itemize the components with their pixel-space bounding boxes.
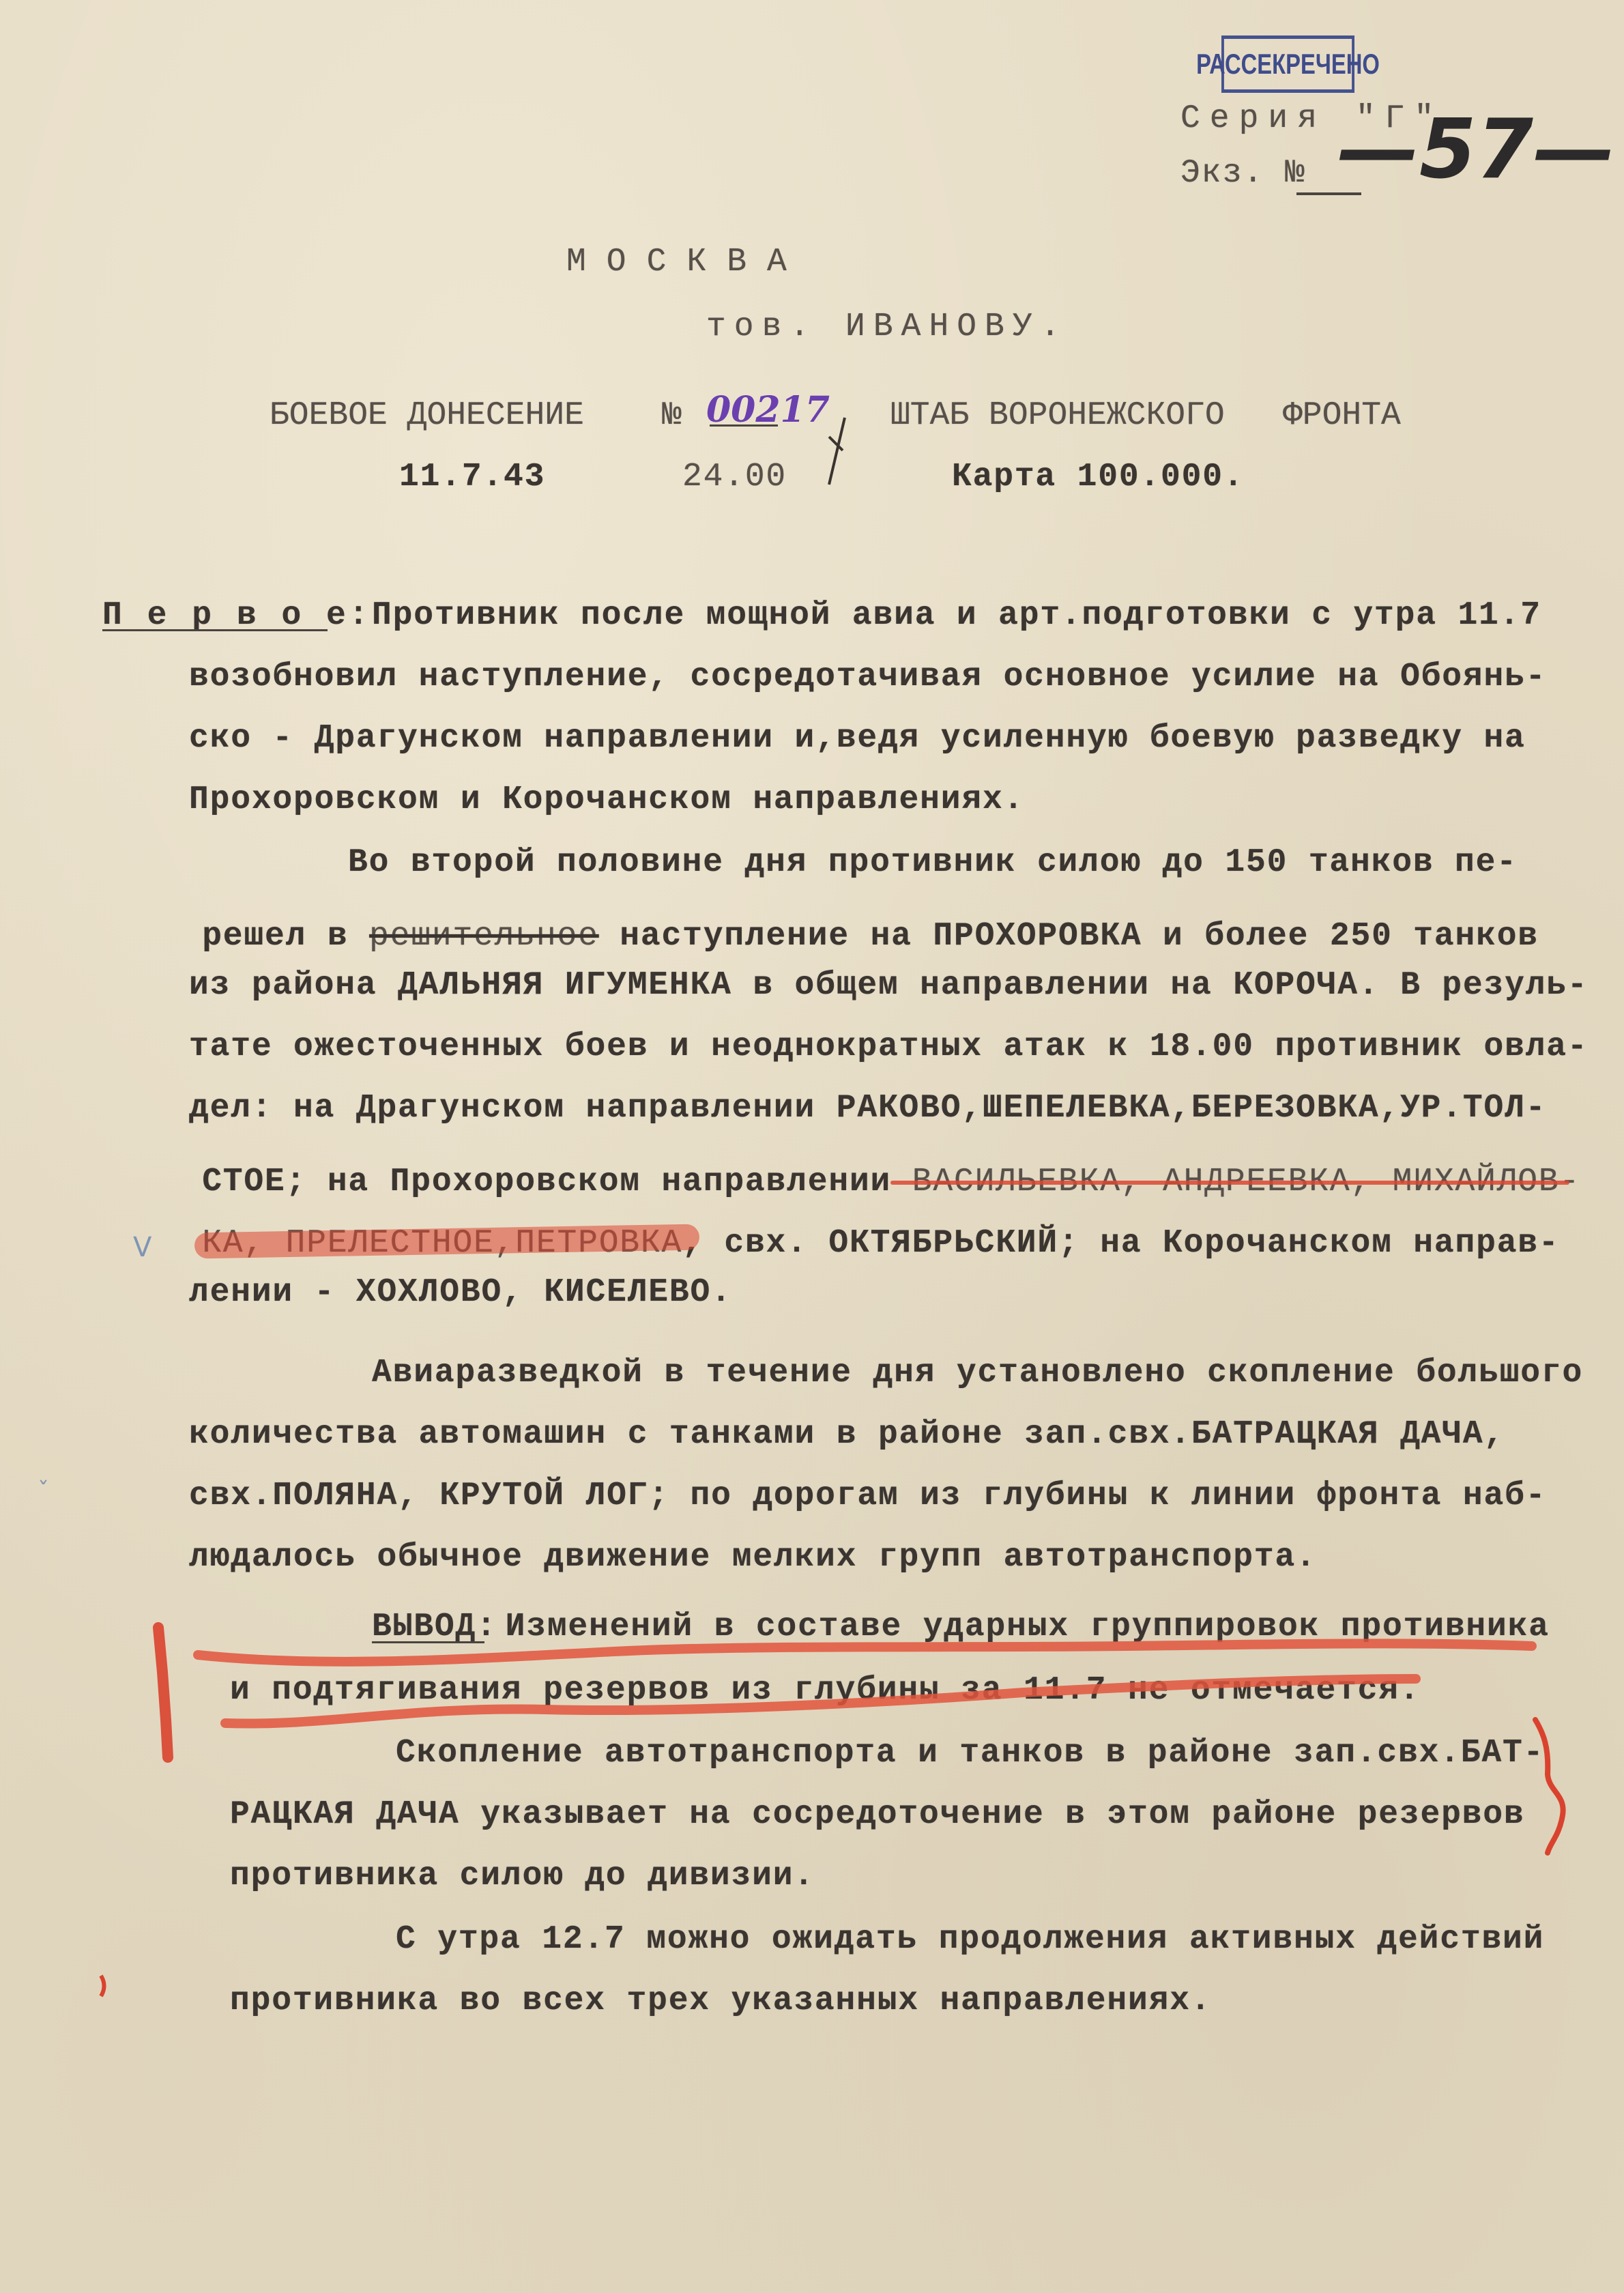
check-mark-icon-2: ˇ — [38, 1477, 49, 1505]
body-line-6-end: наступление на ПРОХОРОВКА и более 250 та… — [599, 918, 1539, 955]
report-date: 11.7.43 — [399, 461, 545, 493]
city-heading: МОСКВА — [566, 246, 807, 278]
body-line-15: свх.ПОЛЯНА, КРУТОЙ ЛОГ; по дорогам из гл… — [189, 1480, 1546, 1512]
body-line-21: противника силою до дивизии. — [230, 1860, 815, 1892]
body-line-2: возобновил наступление, сосредотачивая о… — [189, 661, 1546, 693]
report-time: 24.00 — [682, 461, 787, 493]
copy-number-handwritten: —57— — [1337, 102, 1615, 197]
red-strikethrough-line — [890, 1181, 1569, 1185]
copy-label: Экз. № — [1180, 157, 1306, 190]
check-mark-icon: V — [133, 1232, 151, 1263]
conclusion-label: ВЫВОД: — [372, 1611, 497, 1643]
body-line-11-end: , свх. ОКТЯБРЬСКИЙ; на Корочанском напра… — [682, 1225, 1559, 1262]
section-label-underline — [102, 629, 328, 631]
body-line-10-start: СТОЕ; на Прохоровском направлении — [202, 1164, 912, 1200]
body-line-4: Прохоровском и Корочанском направлениях. — [189, 783, 1024, 816]
body-line-16: людалось обычное движение мелких групп а… — [189, 1541, 1317, 1574]
body-line-8: тате ожесточенных боев и неоднократных а… — [189, 1030, 1589, 1063]
report-title: БОЕВОЕ ДОНЕСЕНИЕ — [270, 399, 584, 432]
body-line-19: Скопление автотранспорта и танков в райо… — [396, 1737, 1544, 1770]
body-line-17: Изменений в составе ударных группировок … — [484, 1611, 1550, 1643]
map-scale: Карта 100.000. — [952, 461, 1244, 493]
body-line-3: ско - Драгунском направлении и,ведя усил… — [189, 722, 1526, 755]
body-line-7: из района ДАЛЬНЯЯ ИГУМЕНКА в общем напра… — [189, 969, 1589, 1002]
body-line-5: Во второй половине дня противник силою д… — [348, 846, 1518, 879]
number-sign: № — [662, 399, 683, 432]
body-line-22: С утра 12.7 можно ожидать продолжения ак… — [396, 1923, 1544, 1956]
body-line-12: лении - ХОХЛОВО, КИСЕЛЕВО. — [189, 1276, 732, 1309]
recipient-heading: тов. ИВАНОВУ. — [706, 311, 1068, 343]
body-line-23: противника во всех трех указанных направ… — [230, 1985, 1211, 2017]
red-underline-1 — [198, 1643, 1532, 1661]
body-line-9: дел: на Драгунском направлении РАКОВО,ШЕ… — [189, 1092, 1546, 1125]
conclusion-underline — [372, 1641, 484, 1643]
report-number-underline — [710, 424, 778, 427]
body-line-1: Противник после мощной авиа и арт.подгот… — [372, 599, 1541, 632]
body-line-18: и подтягивания резервов из глубины за 11… — [230, 1674, 1420, 1707]
struck-word-resolute: решительное — [369, 918, 599, 955]
body-line-10: СТОЕ; на Прохоровском направлении ВАСИЛЬ… — [189, 1153, 1580, 1198]
hq-label: ШТАБ ВОРОНЕЖСКОГО — [890, 399, 1225, 432]
stamp-label: РАССЕКРЕЧЕНО — [1196, 48, 1380, 81]
body-line-20: РАЦКАЯ ДАЧА указывает на сосредоточение … — [230, 1798, 1525, 1831]
body-line-6-start: решел в — [202, 918, 369, 955]
section-label-first: П е р в о е: — [102, 599, 371, 632]
margin-bar-icon — [158, 1628, 168, 1757]
declassified-stamp: РАССЕКРЕЧЕНО — [1221, 35, 1354, 93]
body-line-13: Авиаразведкой в течение дня установлено … — [372, 1357, 1583, 1389]
body-line-14: количества автомашин с танками в районе … — [189, 1418, 1505, 1451]
red-tick-icon — [101, 1976, 104, 1996]
body-line-6: решел в решительное наступление на ПРОХО… — [189, 908, 1539, 953]
front-label: ФРОНТА — [1283, 399, 1401, 432]
number-correction-mark — [829, 418, 845, 485]
